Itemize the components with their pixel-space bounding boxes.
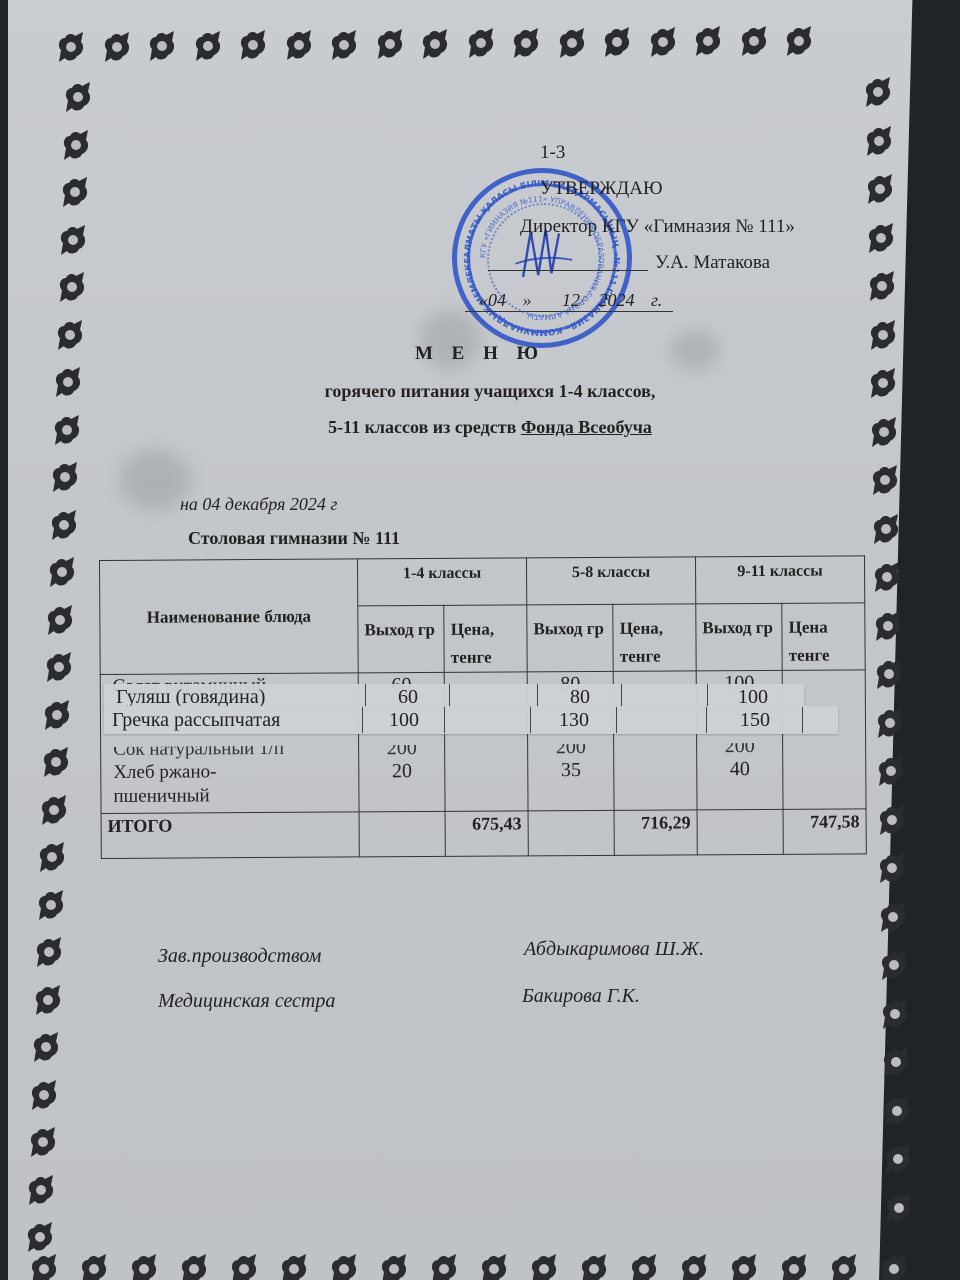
ornament-icon	[883, 1191, 913, 1225]
menu-date: на 04 декабря 2024 г	[180, 494, 337, 515]
date-year: 2024	[599, 290, 635, 311]
page-number: 1-3	[540, 142, 565, 164]
ornament-icon	[283, 28, 313, 62]
ornament-icon	[35, 888, 65, 922]
total-label: ИТОГО	[101, 812, 359, 859]
ornament-icon	[876, 803, 906, 837]
ornament-icon	[33, 935, 63, 969]
ornament-icon	[864, 172, 894, 206]
ornament-icon	[738, 24, 768, 58]
subtitle-prefix: 5-11 классов из средств	[328, 417, 521, 437]
dish-name: Гречка рассыпчатая	[112, 707, 280, 733]
total-price-1-4: 675,43	[445, 811, 528, 857]
ornament-icon	[556, 26, 586, 60]
cell-value: 150	[706, 707, 803, 733]
ornament-icon	[728, 1252, 758, 1280]
ornament-icon	[30, 1030, 60, 1064]
ornament-icon	[328, 28, 358, 62]
director-position: Директор КГУ «Гимназия № 111»	[520, 216, 795, 238]
ornament-icon	[146, 29, 176, 63]
cell-value: 35	[534, 758, 607, 782]
ornament-icon	[36, 840, 66, 874]
dish-name: Хлеб ржано-пшеничный	[113, 760, 273, 809]
ornament-icon	[40, 745, 70, 779]
cell-value: 200	[703, 743, 776, 757]
ornament-icon	[28, 1078, 58, 1112]
ornament-icon	[828, 1252, 858, 1280]
ornament-icon	[873, 657, 903, 691]
ornament-icon	[783, 24, 813, 58]
ornament-icon	[428, 1252, 458, 1280]
ornament-icon	[647, 25, 677, 59]
fund-name: Фонда Всеобуча	[521, 417, 652, 437]
ornament-icon	[328, 1252, 358, 1280]
ornament-icon	[875, 754, 905, 788]
ornament-icon	[881, 1094, 911, 1128]
ornament-icon	[419, 27, 449, 61]
ornament-icon	[101, 30, 131, 64]
ornament-icon	[628, 1252, 658, 1280]
ornament-icon	[56, 270, 86, 304]
ornament-icon	[866, 269, 896, 303]
cell-value: 130	[530, 707, 617, 733]
ornament-icon	[878, 1252, 908, 1280]
canteen-name: Столовая гимназии № 111	[188, 528, 400, 549]
ornament-icon	[128, 1252, 158, 1280]
signature-role-production: Зав.производством	[158, 945, 321, 968]
ornament-icon	[880, 1045, 910, 1079]
ornament-icon	[692, 24, 722, 58]
signature-line	[488, 250, 648, 271]
header-group-5-8: 5-8 классы	[526, 557, 695, 605]
ornament-icon	[178, 1252, 208, 1280]
ornament-icon	[878, 948, 908, 982]
ornament-icon	[863, 124, 893, 158]
total-output-9-11	[697, 809, 784, 855]
total-price-5-8: 716,29	[614, 810, 697, 856]
menu-title: М Е Н Ю	[0, 343, 960, 365]
ornament-icon	[78, 1252, 108, 1280]
ornament-icon	[38, 793, 68, 827]
cell-value: 40	[703, 757, 776, 781]
ornament-icon	[869, 463, 899, 497]
ornament-icon	[374, 27, 404, 61]
dish-name: Сок натуральный 1/п	[113, 745, 352, 760]
total-row: ИТОГО 675,43 716,29 747,58	[101, 809, 866, 859]
cell-value: 200	[534, 744, 607, 758]
cell-value: 20	[365, 759, 438, 783]
ornament-icon	[478, 1252, 508, 1280]
cell-value	[616, 707, 707, 733]
signature-role-nurse: Медицинская сестра	[158, 990, 335, 1013]
ornament-icon	[882, 1142, 912, 1176]
ornament-icon	[57, 223, 87, 257]
approval-heading: УТВЕРЖДАЮ	[540, 178, 662, 200]
ornament-icon	[874, 706, 904, 740]
header-price: Цена, тенге	[613, 604, 696, 672]
ornament-icon	[510, 26, 540, 60]
ornament-icon	[48, 508, 78, 542]
total-price-9-11: 747,58	[783, 809, 866, 855]
header-price: Цена, тенге	[444, 605, 527, 673]
ornament-icon	[32, 983, 62, 1017]
ornament-icon	[862, 75, 892, 109]
ornament-icon	[879, 997, 909, 1031]
ornament-icon	[678, 1252, 708, 1280]
ornament-icon	[877, 900, 907, 934]
ornament-icon	[865, 221, 895, 255]
ornament-icon	[278, 1252, 308, 1280]
ornament-icon	[192, 29, 222, 63]
header-output: Выход гр	[696, 603, 783, 671]
ornament-icon	[28, 1252, 58, 1280]
ornament-icon	[43, 650, 73, 684]
ornament-icon	[528, 1252, 558, 1280]
ornament-icon	[778, 1252, 808, 1280]
approval-date: «04 » 12 2024 г.	[465, 290, 673, 312]
ornament-icon	[44, 603, 74, 637]
header-dish-name: Наименование блюда	[100, 559, 359, 675]
header-group-9-11: 9-11 классы	[695, 556, 864, 604]
ornament-icon	[237, 28, 267, 62]
ornament-icon	[60, 128, 90, 162]
date-day: «04	[479, 290, 506, 311]
ornament-icon	[378, 1252, 408, 1280]
ornament-icon	[871, 560, 901, 594]
ornament-icon	[872, 609, 902, 643]
ornament-icon	[25, 1173, 55, 1207]
header-output: Выход гр	[358, 605, 445, 673]
cell-value: 100	[362, 707, 445, 733]
header-output: Выход гр	[527, 604, 614, 672]
cell-value: 200	[365, 745, 438, 759]
ornament-icon	[27, 1125, 57, 1159]
ornament-icon	[24, 1220, 54, 1254]
total-output-1-4	[359, 811, 446, 857]
cell-value	[444, 707, 531, 733]
director-name: У.А. Матакова	[655, 252, 770, 274]
signature-name-production: Абдыкаримова Ш.Ж.	[524, 938, 704, 961]
ornament-icon	[59, 175, 89, 209]
cell-value	[802, 707, 837, 733]
header-group-1-4: 1-4 классы	[358, 558, 527, 606]
signature-name-nurse: Бакирова Г.К.	[522, 985, 640, 1008]
header-price: Цена тенге	[782, 603, 865, 671]
ornament-icon	[41, 698, 71, 732]
ornament-icon	[46, 555, 76, 589]
ornament-icon	[49, 460, 79, 494]
ornament-icon	[62, 80, 92, 114]
menu-subtitle-line1: горячего питания учащихся 1-4 классов,	[0, 381, 960, 402]
ornament-icon	[228, 1252, 258, 1280]
ornament-icon	[601, 25, 631, 59]
menu-subtitle-line2: 5-11 классов из средств Фонда Всеобуча	[0, 417, 960, 438]
ornament-icon	[578, 1252, 608, 1280]
date-sep: »	[523, 290, 532, 311]
date-month: 12	[562, 290, 580, 311]
ornament-icon	[876, 851, 906, 885]
ornament-icon	[465, 26, 495, 60]
ornament-icon	[870, 512, 900, 546]
ornament-icon	[55, 30, 85, 64]
pasted-row-strip: Гречка рассыпчатая 100 130 150	[104, 706, 838, 734]
date-suffix: г.	[651, 290, 662, 311]
total-output-5-8	[528, 810, 615, 856]
